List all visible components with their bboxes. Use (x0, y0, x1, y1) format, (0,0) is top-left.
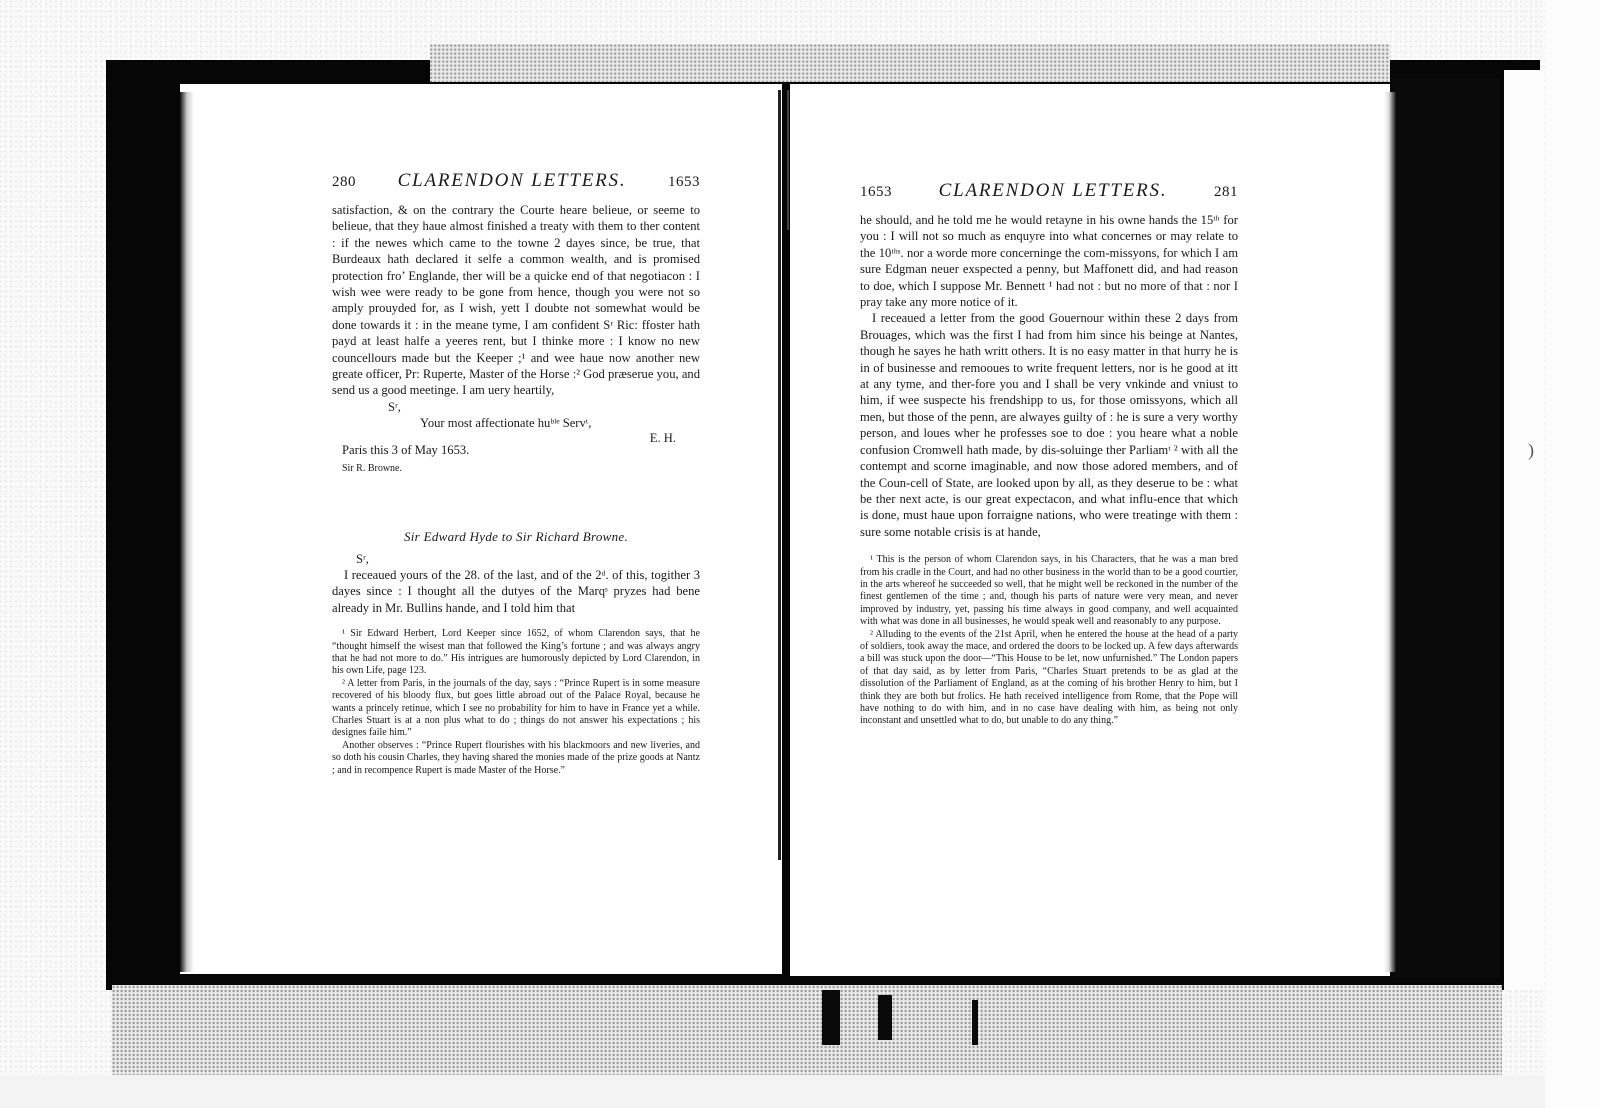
addressee: Sir R. Browne. (342, 461, 700, 477)
letter-closing: Sʳ, Your most affectionate huᵇˡᵉ Servᵗ, … (332, 399, 700, 477)
running-head: 1653 CLARENDON LETTERS. 281 (860, 180, 1238, 202)
right-page-column: 1653 CLARENDON LETTERS. 281 he should, a… (860, 180, 1238, 728)
cover-right-band (1392, 78, 1500, 978)
running-head: 280 CLARENDON LETTERS. 1653 (332, 170, 700, 192)
closing-sir: Sʳ, (388, 399, 700, 415)
running-year: 1653 (668, 174, 700, 191)
book-gutter (778, 90, 781, 860)
letter-text: he should, and he told me he would retay… (860, 212, 1238, 540)
letter-text: I receaued yours of the 28. of the last,… (332, 567, 700, 616)
binding-tab (878, 995, 892, 1040)
scan-mark: ) (1528, 440, 1534, 461)
footnotes: ¹ This is the person of whom Clarendon s… (860, 554, 1238, 728)
cover-top-edge (430, 44, 1390, 82)
footnote: ¹ This is the person of whom Clarendon s… (860, 554, 1238, 628)
paragraph: satisfaction, & on the contrary the Cour… (332, 202, 700, 399)
page-number: 281 (1214, 184, 1238, 201)
running-title: CLARENDON LETTERS. (939, 180, 1168, 202)
binding-tab (972, 1000, 978, 1045)
running-year: 1653 (860, 184, 892, 201)
footnote: ² A letter from Paris, in the journals o… (332, 678, 700, 740)
paragraph: I receaued yours of the 28. of the last,… (332, 567, 700, 616)
right-page-edge (1384, 92, 1396, 972)
paragraph: I receaued a letter from the good Gouern… (860, 310, 1238, 540)
running-title: CLARENDON LETTERS. (398, 170, 627, 192)
footnote: ² Alluding to the events of the 21st Apr… (860, 629, 1238, 728)
footnote: ¹ Sir Edward Herbert, Lord Keeper since … (332, 628, 700, 678)
page-number: 280 (332, 174, 356, 191)
scan-right-margin (1504, 70, 1544, 990)
footnote: Another observes : “Prince Rupert flouri… (332, 740, 700, 777)
dateline: Paris this 3 of May 1653. (342, 442, 700, 458)
letter-heading: Sir Edward Hyde to Sir Richard Browne. (332, 529, 700, 545)
scan-right-edge (1545, 0, 1600, 1108)
cover-bottom-edge (112, 985, 1502, 1075)
footnotes: ¹ Sir Edward Herbert, Lord Keeper since … (332, 628, 700, 777)
binding-tab (822, 990, 840, 1045)
scan-bottom-margin (0, 1075, 1600, 1108)
left-page-edge (180, 92, 194, 972)
left-page-column: 280 CLARENDON LETTERS. 1653 satisfaction… (332, 170, 700, 777)
letter-text: satisfaction, & on the contrary the Cour… (332, 202, 700, 399)
paragraph: he should, and he told me he would retay… (860, 212, 1238, 310)
book-gutter-shadow (787, 90, 789, 230)
salutation: Sʳ, (356, 551, 700, 567)
